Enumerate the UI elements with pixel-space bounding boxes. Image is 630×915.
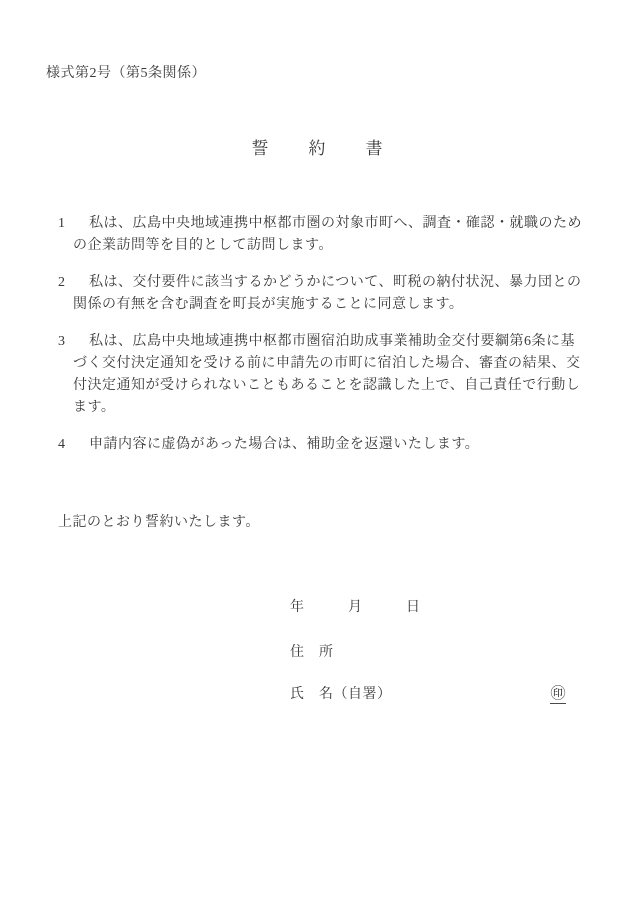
closing-statement: 上記のとおり誓約いたします。 (58, 512, 630, 534)
item-text-line: ます。 (73, 397, 600, 419)
item-number: 1 (58, 213, 73, 257)
pledge-items: 1 私は、広島中央地域連携中枢都市圏の対象市町へ、調査・確認・就職のため の企業… (58, 213, 600, 456)
item-text: 私は、交付要件に該当するかどうかについて、町税の納付状況、暴力団との 関係の有無… (73, 272, 600, 316)
seal-mark: ㊞ (550, 686, 566, 704)
date-line: 年 月 日 (290, 597, 566, 619)
item-number: 3 (58, 331, 73, 419)
item-text-line: 関係の有無を含む調査を町長が実施することに同意します。 (73, 294, 600, 316)
pledge-document-page: 様式第2号（第5条関係） 誓 約 書 1 私は、広島中央地域連携中枢都市圏の対象… (0, 0, 630, 915)
form-number-note: 様式第2号（第5条関係） (46, 63, 630, 85)
signature-block: 年 月 日 住 所 氏 名（自署） ㊞ (290, 597, 566, 706)
item-text-line: 申請内容に虚偽があった場合は、補助金を返還いたします。 (73, 434, 600, 456)
item-text-line: の企業訪問等を目的として訪問します。 (73, 235, 600, 257)
item-text: 申請内容に虚偽があった場合は、補助金を返還いたします。 (73, 434, 600, 456)
item-text-line: 付決定通知が受けられないこともあることを認識した上で、自己責任で行動し (73, 375, 600, 397)
pledge-item-3: 3 私は、広島中央地域連携中枢都市圏宿泊助成事業補助金交付要綱第6条に基 づく交… (58, 331, 600, 419)
item-text-line: 私は、広島中央地域連携中枢都市圏の対象市町へ、調査・確認・就職のため (73, 213, 600, 235)
item-number: 2 (58, 272, 73, 316)
item-text: 私は、広島中央地域連携中枢都市圏の対象市町へ、調査・確認・就職のため の企業訪問… (73, 213, 600, 257)
name-label: 氏 名（自署） (290, 684, 392, 706)
name-row: 氏 名（自署） ㊞ (290, 684, 566, 706)
pledge-item-4: 4 申請内容に虚偽があった場合は、補助金を返還いたします。 (58, 434, 600, 456)
pledge-item-1: 1 私は、広島中央地域連携中枢都市圏の対象市町へ、調査・確認・就職のため の企業… (58, 213, 600, 257)
item-text-line: 私は、広島中央地域連携中枢都市圏宿泊助成事業補助金交付要綱第6条に基 (73, 331, 600, 353)
item-text: 私は、広島中央地域連携中枢都市圏宿泊助成事業補助金交付要綱第6条に基 づく交付決… (73, 331, 600, 419)
item-text-line: づく交付決定通知を受ける前に申請先の市町に宿泊した場合、審査の結果、交 (73, 353, 600, 375)
item-number: 4 (58, 434, 73, 456)
address-label: 住 所 (290, 642, 566, 664)
pledge-item-2: 2 私は、交付要件に該当するかどうかについて、町税の納付状況、暴力団との 関係の… (58, 272, 600, 316)
item-text-line: 私は、交付要件に該当するかどうかについて、町税の納付状況、暴力団との (73, 272, 600, 294)
document-title: 誓 約 書 (46, 137, 590, 161)
